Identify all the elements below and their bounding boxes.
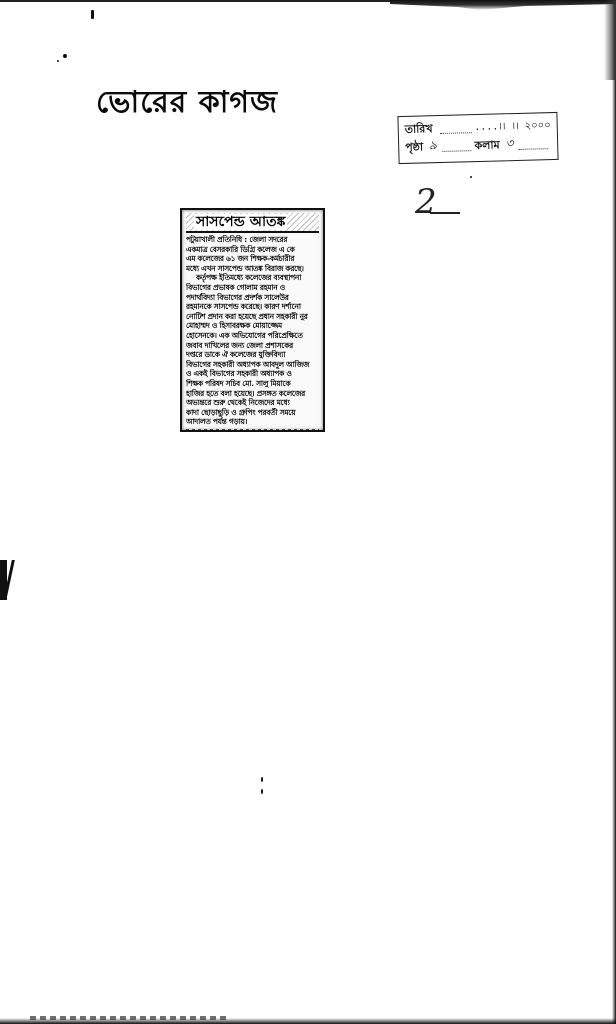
clipping-line: কর্তৃপক্ষ ইতিমধ্যে কলেজের ব্যবস্থাপনা bbox=[186, 273, 319, 283]
clipping-line: ও একই বিভাগের সহকারী অধ্যাপক ও bbox=[186, 369, 319, 379]
speck bbox=[63, 54, 67, 58]
clipping-line: নোটিশ প্রদান করা হয়েছে প্রধান সহকারী নু… bbox=[186, 312, 319, 322]
speck bbox=[261, 777, 263, 782]
clipping-line: বিভাগের প্রভাষক গোলাম রহমান ও bbox=[186, 283, 319, 293]
clipping-line: মধ্যে এখন সাসপেন্ড আতঙ্ক বিরাজ করছে। bbox=[186, 264, 319, 274]
clipping-line: হাজির হতে বলা হয়েছে। প্রসঙ্গত কলেজের bbox=[186, 389, 319, 399]
clipping-line: পটুয়াখালী প্রতিনিধি : জেলা সদরের bbox=[186, 235, 319, 245]
scan-right-edge-shadow bbox=[604, 0, 616, 80]
clipping-line: রহমানকে সাসপেন্ড করেছে। কারণ দর্শানো bbox=[186, 302, 319, 312]
clipping-line: মোহাম্মদ ও হিসাবরক্ষক মোয়াজ্জেম bbox=[186, 321, 319, 331]
clipping-line: এম কলেজের ৬১ জন শিক্ষক-কর্মচারীর bbox=[186, 254, 319, 264]
speck bbox=[57, 60, 59, 62]
stamp-page-value: ৯ bbox=[429, 137, 437, 157]
clipping-line: একমাত্র বেসরকারি ডিগ্রি কলেজ এ কে bbox=[186, 245, 319, 255]
clipping-headline: সাসপেন্ড আতঙ্ক bbox=[186, 213, 319, 233]
stamp-page-label: পৃষ্ঠা bbox=[405, 138, 423, 157]
scan-top-shadow bbox=[390, 0, 616, 10]
clipping-line: শিক্ষক পরিষদ সচিব মো. সালু মিয়াকে bbox=[186, 379, 319, 389]
archive-stamp: তারিখ ....।। ।। ২০০০ পৃষ্ঠা ৯ কলাম ৩ bbox=[397, 112, 558, 164]
speck bbox=[261, 789, 263, 794]
stamp-dots bbox=[442, 142, 472, 152]
clipping-line: জবাব দাখিলের জন্য জেলা প্রশাসকের bbox=[186, 341, 319, 351]
clipping-headline-text: সাসপেন্ড আতঙ্ক bbox=[194, 214, 287, 230]
clipping-line: অভ্যন্তরে শুরু থেকেই নিজেদের মধ্যে bbox=[186, 398, 319, 408]
handwritten-page-number: 2 bbox=[415, 182, 437, 222]
clipping-line: দপ্তরে ডাকে ঐ কলেজের যুক্তিবিদ্যা bbox=[186, 350, 319, 360]
scan-right-edge bbox=[612, 0, 616, 1024]
stamp-date-value: ....।। ।। ২০০০ bbox=[474, 118, 551, 137]
clipping-torn-edge bbox=[186, 429, 319, 432]
clipping-line: পদার্থবিদ্যা বিভাগের প্রদর্শক সালেউর bbox=[186, 293, 319, 303]
stamp-column-value: ৩ bbox=[505, 135, 513, 155]
speck bbox=[91, 10, 94, 19]
handwritten-underline bbox=[430, 212, 460, 214]
newspaper-clipping: সাসপেন্ড আতঙ্ক পটুয়াখালী প্রতিনিধি : জে… bbox=[180, 208, 325, 432]
stamp-dots bbox=[440, 124, 472, 134]
newspaper-name: ভোরের কাগজ bbox=[96, 78, 278, 129]
clipping-line: কাদা ছোড়াছুড়ি ও গ্রুপিং পরবর্তী সময়ে bbox=[186, 408, 319, 418]
scanned-page: ভোরের কাগজ তারিখ ....।। ।। ২০০০ পৃষ্ঠা ৯… bbox=[0, 0, 616, 1024]
stamp-dots bbox=[518, 140, 548, 150]
stamp-column-label: কলাম bbox=[474, 136, 500, 156]
scan-bottom-smear bbox=[30, 1016, 230, 1020]
clipping-line: আদালত পর্যন্ত গড়ায়। bbox=[186, 417, 319, 427]
speck bbox=[470, 176, 472, 178]
clipping-line: হোসেনকে। এক অভিযোগের পরিপ্রেক্ষিতে bbox=[186, 331, 319, 341]
clipping-line: বিভাগের সহকারী অধ্যাপক আবদুল আজিজ bbox=[186, 360, 319, 370]
